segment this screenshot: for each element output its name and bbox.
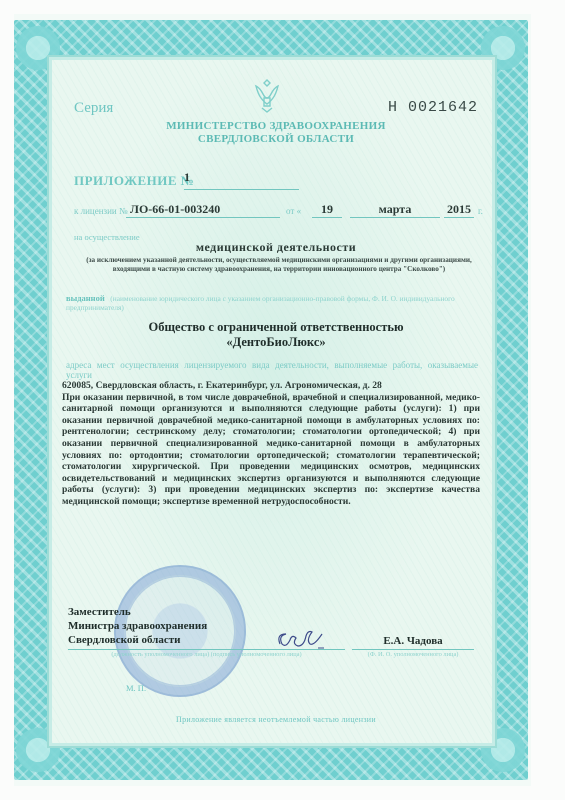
license-from-label: от « xyxy=(286,206,301,216)
position-caption: (должность уполномоченного лица) (подпис… xyxy=(68,651,345,658)
footer-note: Приложение является неотъемлемой частью … xyxy=(66,715,486,724)
signer-name: Е.А. Чадова xyxy=(352,635,474,647)
activity-note: (за исключением указанной деятельности, … xyxy=(80,256,478,274)
license-annex: Серия Н 0021642 МИНИСТЕРСТВО ЗДРАВООХРАН… xyxy=(66,60,486,743)
issued-label: выданной xyxy=(66,293,105,303)
license-label: к лицензии № xyxy=(74,206,128,216)
issued-hint: (наименование юридического лица с указан… xyxy=(66,294,455,312)
license-year: 2015 xyxy=(444,202,474,218)
activity-type: медицинской деятельности xyxy=(66,240,486,255)
year-suffix: г. xyxy=(478,206,483,216)
organization-name: Общество с ограниченной ответственностью… xyxy=(66,320,486,350)
name-caption: (Ф. И. О. уполномоченного лица) xyxy=(352,651,474,658)
signer-title-line-1: Заместитель xyxy=(68,605,207,619)
ministry-name: МИНИСТЕРСТВО ЗДРАВООХРАНЕНИЯ СВЕРДЛОВСКО… xyxy=(66,120,486,146)
ministry-line-1: МИНИСТЕРСТВО ЗДРАВООХРАНЕНИЯ xyxy=(66,120,486,133)
address: 620085, Свердловская область, г. Екатери… xyxy=(62,380,480,392)
signer-title-line-2: Министра здравоохранения xyxy=(68,619,207,633)
signer-title-line-3: Свердловской области xyxy=(68,633,207,647)
signer-title: Заместитель Министра здравоохранения Све… xyxy=(68,605,207,647)
services-block: 620085, Свердловская область, г. Екатери… xyxy=(62,380,480,508)
series-label: Серия xyxy=(74,100,113,117)
series-number: Н 0021642 xyxy=(388,99,478,116)
address-label: адреса мест осуществления лицензируемого… xyxy=(66,360,478,380)
signature-line xyxy=(68,649,345,650)
license-number: ЛО-66-01-003240 xyxy=(126,202,280,218)
license-reference: к лицензии № ЛО-66-01-003240 от « 19 мар… xyxy=(74,202,484,220)
organization-title: «ДентоБиоЛюкс» xyxy=(66,335,486,350)
annex-number: 1 xyxy=(184,170,190,185)
name-line xyxy=(352,649,474,650)
ministry-line-2: СВЕРДЛОВСКОЙ ОБЛАСТИ xyxy=(66,133,486,146)
annex-number-line xyxy=(184,175,299,190)
issued-to: выданной (наименование юридического лица… xyxy=(66,294,478,312)
services-text: При оказании первичной, в том числе довр… xyxy=(62,392,480,508)
annex-label: ПРИЛОЖЕНИЕ № xyxy=(74,173,194,189)
coat-of-arms-icon xyxy=(250,76,284,114)
license-month: марта xyxy=(350,202,440,218)
stamp-place-label: М. П. xyxy=(126,683,146,693)
license-day: 19 xyxy=(312,202,342,218)
organization-form: Общество с ограниченной ответственностью xyxy=(66,320,486,335)
